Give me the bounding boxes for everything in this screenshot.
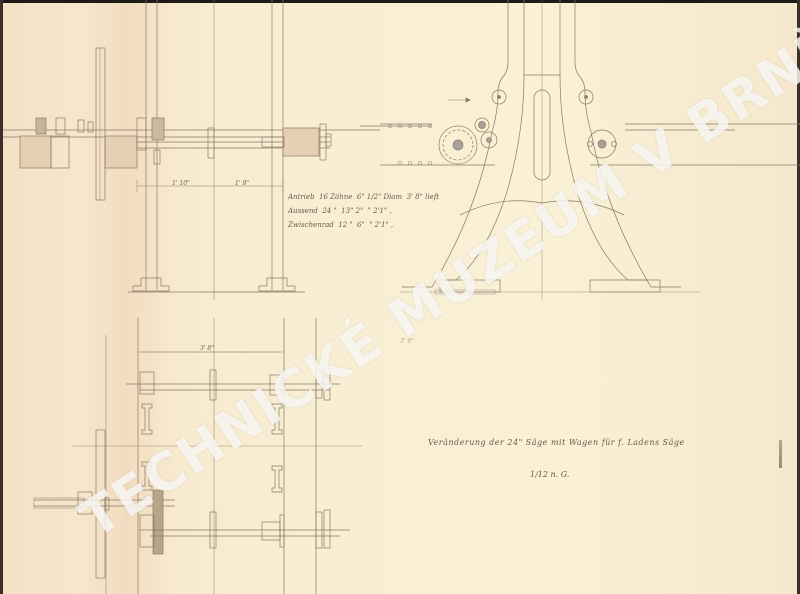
dimension-label-left: 1' 10" <box>172 180 190 187</box>
drawing-scale: 1/12 n. G. <box>530 470 569 479</box>
spec-row-aussend: Aussend 24 " 13" 2" " 2'1" , <box>288 204 439 218</box>
ink-mark <box>779 440 782 468</box>
spec-row-antrieb: Antrieb 16 Zähne 6" 1/2" Diam 3' 8" lief… <box>288 190 439 204</box>
dimension-label-plan: 3' 8" <box>200 345 214 352</box>
elevation-view-left <box>3 0 331 300</box>
frame-stand-view <box>330 0 800 300</box>
drawing-title: Veränderung der 24" Säge mit Wagen für f… <box>428 438 685 447</box>
spec-row-zwischenrad: Zwischenrad 12 " 6" " 2'1" , <box>288 218 439 232</box>
gear-spec-table: Antrieb 16 Zähne 6" 1/2" Diam 3' 8" lief… <box>288 190 439 232</box>
dimension-label-right: 1' 9" <box>235 180 249 187</box>
drawing-sheet: Antrieb 16 Zähne 6" 1/2" Diam 3' 8" lief… <box>0 0 800 594</box>
